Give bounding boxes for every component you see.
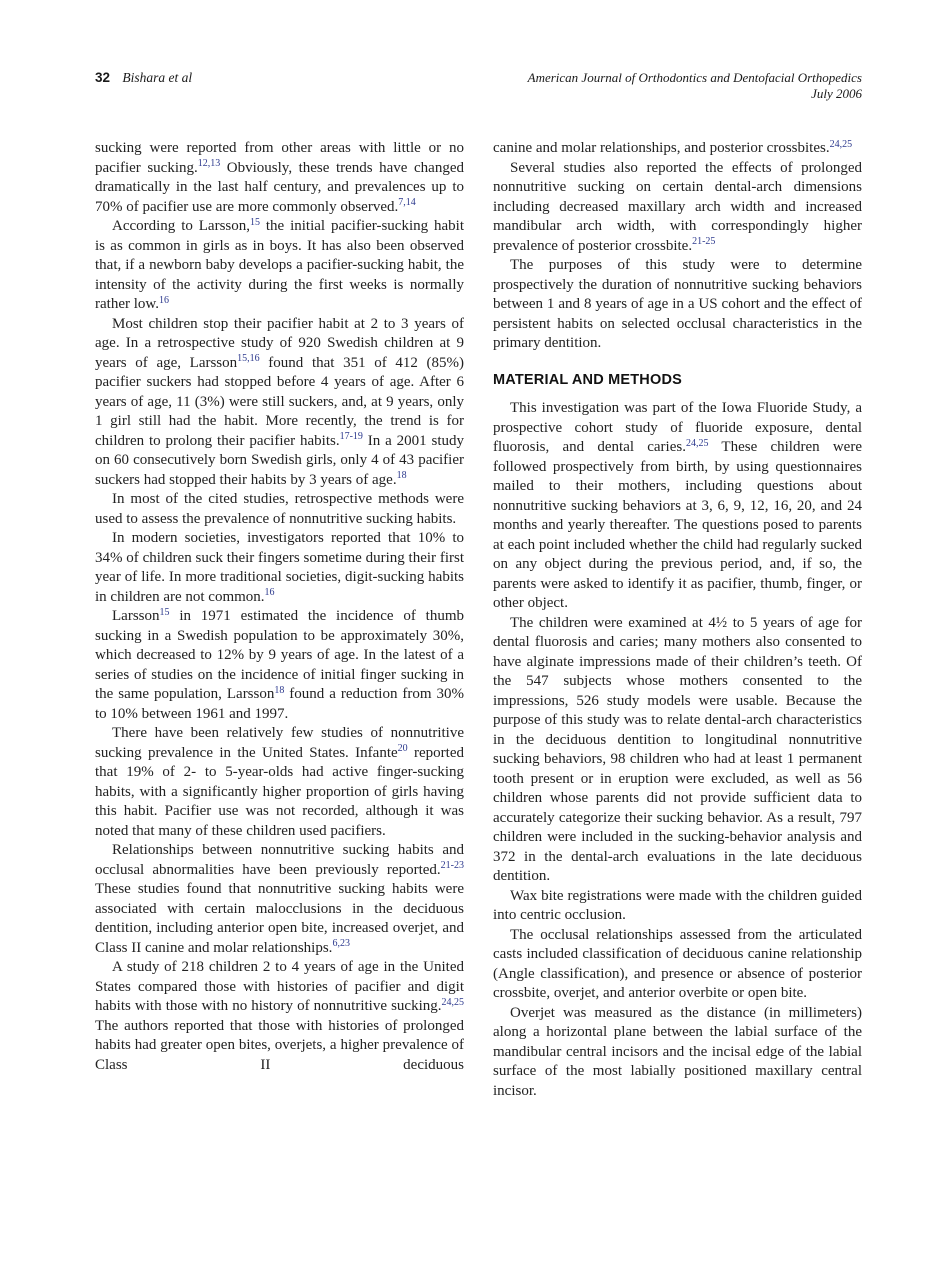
- paragraph: Most children stop their pacifier habit …: [95, 315, 464, 491]
- reference-superscript[interactable]: 15,16: [237, 353, 260, 364]
- article-body: sucking were reported from other areas w…: [95, 139, 862, 1101]
- reference-superscript[interactable]: 21-23: [441, 860, 464, 871]
- paragraph: Several studies also reported the effect…: [493, 159, 862, 257]
- paragraph: In most of the cited studies, retrospect…: [95, 490, 464, 529]
- paragraph: The occlusal relationships assessed from…: [493, 926, 862, 1004]
- journal-masthead: American Journal of Orthodontics and Den…: [528, 70, 862, 101]
- page-header: 32 Bishara et al American Journal of Ort…: [95, 70, 862, 101]
- reference-superscript[interactable]: 6,23: [332, 938, 350, 949]
- right-column-methods: This investigation was part of the Iowa …: [493, 399, 862, 1101]
- reference-superscript[interactable]: 17-19: [340, 431, 363, 442]
- running-head-authors: Bishara et al: [122, 70, 192, 85]
- right-column: canine and molar relationships, and post…: [493, 139, 862, 1101]
- left-column: sucking were reported from other areas w…: [95, 139, 464, 1101]
- paragraph: Larsson15 in 1971 estimated the incidenc…: [95, 607, 464, 724]
- reference-superscript[interactable]: 24,25: [830, 139, 853, 150]
- reference-superscript[interactable]: 12,13: [198, 158, 221, 169]
- reference-superscript[interactable]: 20: [398, 743, 408, 754]
- issue-date: July 2006: [528, 86, 862, 102]
- paragraph: The purposes of this study were to deter…: [493, 256, 862, 354]
- reference-superscript[interactable]: 16: [159, 295, 169, 306]
- paragraph: This investigation was part of the Iowa …: [493, 399, 862, 614]
- paragraph: sucking were reported from other areas w…: [95, 139, 464, 217]
- reference-superscript[interactable]: 21-25: [692, 236, 715, 247]
- reference-superscript[interactable]: 24,25: [686, 438, 709, 449]
- running-head-left: 32 Bishara et al: [95, 70, 192, 86]
- paragraph: According to Larsson,15 the initial paci…: [95, 217, 464, 315]
- paragraph: Wax bite registrations were made with th…: [493, 887, 862, 926]
- journal-name: American Journal of Orthodontics and Den…: [528, 70, 862, 86]
- paragraph: In modern societies, investigators repor…: [95, 529, 464, 607]
- paragraph: Relationships between nonnutritive sucki…: [95, 841, 464, 958]
- journal-page: 32 Bishara et al American Journal of Ort…: [0, 0, 950, 1272]
- paragraph: There have been relatively few studies o…: [95, 724, 464, 841]
- reference-superscript[interactable]: 15: [160, 607, 170, 618]
- right-column-top: canine and molar relationships, and post…: [493, 139, 862, 354]
- paragraph: The children were examined at 4½ to 5 ye…: [493, 614, 862, 887]
- paragraph: A study of 218 children 2 to 4 years of …: [95, 958, 464, 1075]
- reference-superscript[interactable]: 15: [250, 217, 260, 228]
- reference-superscript[interactable]: 18: [274, 685, 284, 696]
- paragraph: Overjet was measured as the distance (in…: [493, 1004, 862, 1102]
- reference-superscript[interactable]: 7,14: [398, 197, 416, 208]
- page-number: 32: [95, 70, 110, 85]
- reference-superscript[interactable]: 18: [397, 470, 407, 481]
- paragraph: canine and molar relationships, and post…: [493, 139, 862, 159]
- reference-superscript[interactable]: 24,25: [442, 997, 465, 1008]
- section-heading-material-and-methods: MATERIAL AND METHODS: [493, 371, 862, 391]
- reference-superscript[interactable]: 16: [265, 587, 275, 598]
